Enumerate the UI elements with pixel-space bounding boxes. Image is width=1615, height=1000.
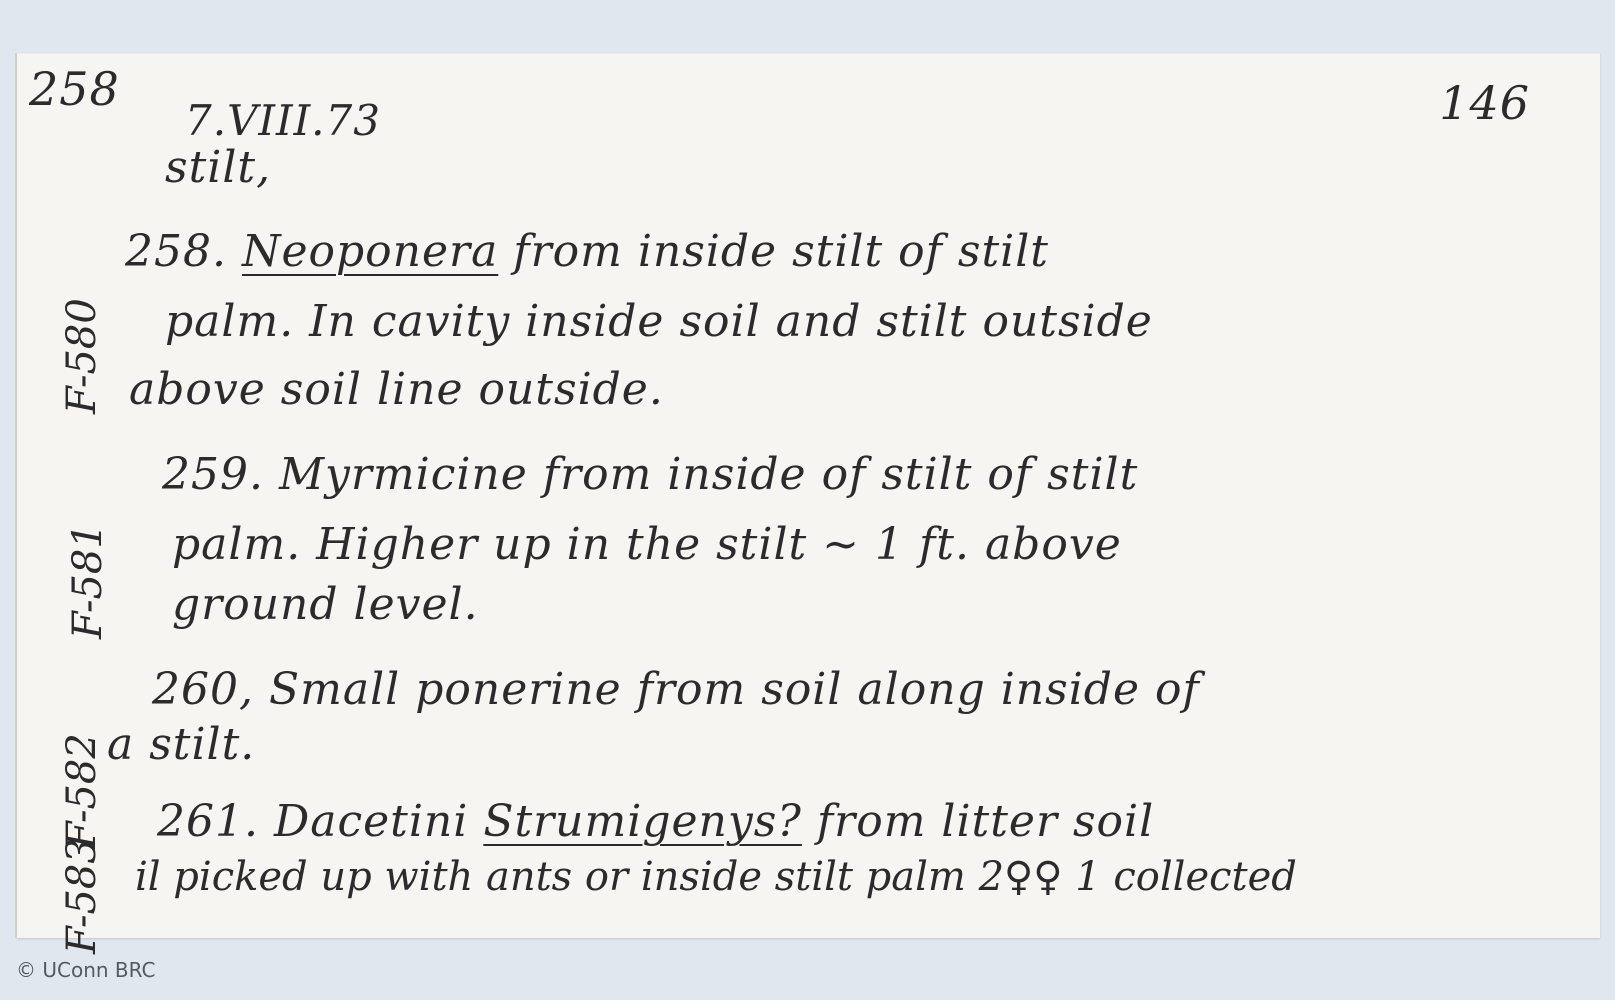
entry-260-line-2: a stilt. <box>107 719 255 770</box>
taxon-name: Small ponerine <box>269 664 622 715</box>
entry-261-line-2: il picked up with ants or inside stilt p… <box>135 854 1297 900</box>
taxon-name: Neoponera <box>242 226 498 277</box>
entry-261-line-1: 261. Dacetini Strumigenys? from litter s… <box>157 796 1154 847</box>
margin-label-f582: F-582 <box>59 733 105 849</box>
entry-259-line-3: ground level. <box>172 579 479 630</box>
entry-text: from inside of stilt of stilt <box>543 449 1138 500</box>
entry-260-line-1: 260, Small ponerine from soil along insi… <box>152 664 1200 715</box>
margin-label-f583: F-583 <box>59 838 105 954</box>
taxon-name: Dacetini <box>274 796 468 847</box>
entry-number: 261. <box>157 796 259 847</box>
collection-date: 7.VIII.73 <box>185 96 381 145</box>
entry-259-line-2: palm. Higher up in the stilt ~ 1 ft. abo… <box>172 519 1122 570</box>
specimen-note-card: 258 7.VIII.73 stilt, 146 F-580 F-581 F-5… <box>17 53 1600 938</box>
locality-note: stilt, <box>165 142 271 193</box>
entry-text: from soil along inside of <box>637 664 1200 715</box>
entry-number: 258. <box>125 226 227 277</box>
copyright-notice: © UConn BRC <box>16 958 156 982</box>
entry-259-line-1: 259. Myrmicine from inside of stilt of s… <box>162 449 1138 500</box>
taxon-name: Myrmicine <box>279 449 528 500</box>
entry-258-line-2: palm. In cavity inside soil and stilt ou… <box>165 296 1153 347</box>
card-number: 258 <box>29 62 120 116</box>
entry-number: 260, <box>152 664 254 715</box>
entry-text: from inside stilt of stilt <box>513 226 1049 277</box>
entry-258-line-1: 258. Neoponera from inside stilt of stil… <box>125 226 1049 277</box>
genus-name: Strumigenys? <box>483 796 802 847</box>
entry-text: from litter soil <box>817 796 1154 847</box>
entry-number: 259. <box>162 449 264 500</box>
margin-label-f580: F-580 <box>59 298 105 414</box>
entry-258-line-3: above soil line outside. <box>129 364 664 415</box>
page-number: 146 <box>1439 76 1530 130</box>
margin-label-f581: F-581 <box>65 523 111 639</box>
